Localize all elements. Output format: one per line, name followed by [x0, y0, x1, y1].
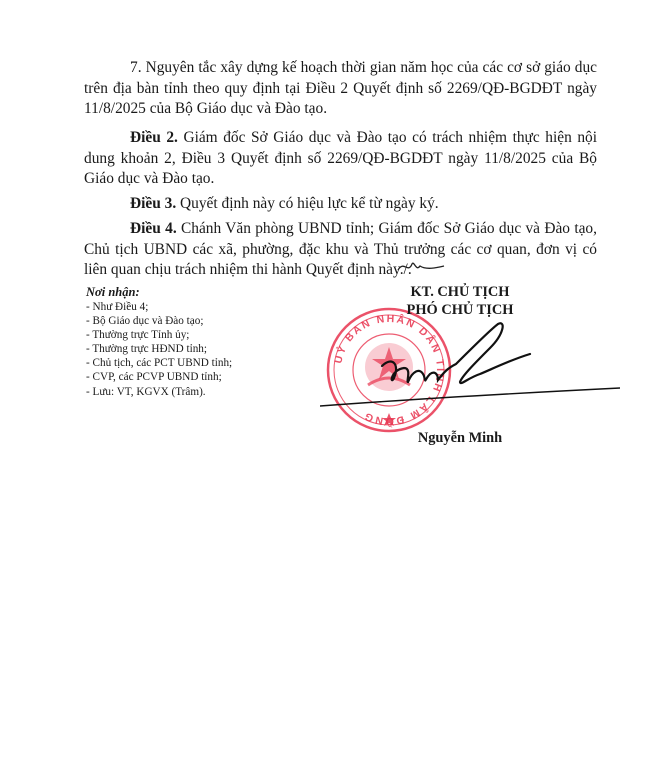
recipients-title: Nơi nhận:	[86, 285, 326, 300]
paragraph-text: 7. Nguyên tắc xây dựng kế hoạch thời gia…	[84, 59, 597, 117]
article-label: Điều 2.	[130, 129, 178, 146]
initials-scribble-icon	[396, 256, 446, 278]
recipient-item: - CVP, các PCVP UBND tỉnh;	[86, 370, 326, 384]
recipient-item: - Thường trực HĐND tỉnh;	[86, 342, 326, 356]
signature-title-2: PHÓ CHỦ TỊCH	[360, 301, 560, 319]
paragraph-item-7: 7. Nguyên tắc xây dựng kế hoạch thời gia…	[84, 58, 597, 120]
article-2: Điều 2. Giám đốc Sở Giáo dục và Đào tạo …	[84, 128, 597, 190]
recipients-list: Nơi nhận: - Như Điều 4; - Bộ Giáo dục và…	[86, 285, 326, 399]
article-text: Quyết định này có hiệu lực kể từ ngày ký…	[176, 195, 438, 212]
document-page: 7. Nguyên tắc xây dựng kế hoạch thời gia…	[0, 0, 653, 781]
recipient-item: - Như Điều 4;	[86, 300, 326, 314]
signature-block: KT. CHỦ TỊCH PHÓ CHỦ TỊCH	[360, 283, 560, 319]
recipient-item: - Thường trực Tỉnh ủy;	[86, 328, 326, 342]
article-4: Điều 4. Chánh Văn phòng UBND tỉnh; Giám …	[84, 219, 597, 281]
signer-name: Nguyễn Minh	[400, 430, 520, 447]
recipient-item: - Chủ tịch, các PCT UBND tỉnh;	[86, 356, 326, 370]
handwritten-signature-icon	[320, 320, 620, 420]
article-label: Điều 3.	[130, 195, 176, 212]
signature-title-1: KT. CHỦ TỊCH	[360, 283, 560, 301]
article-3: Điều 3. Quyết định này có hiệu lực kể từ…	[84, 194, 597, 215]
recipient-item: - Lưu: VT, KGVX (Trâm).	[86, 385, 326, 399]
article-label: Điều 4.	[130, 220, 177, 237]
recipient-item: - Bộ Giáo dục và Đào tạo;	[86, 314, 326, 328]
